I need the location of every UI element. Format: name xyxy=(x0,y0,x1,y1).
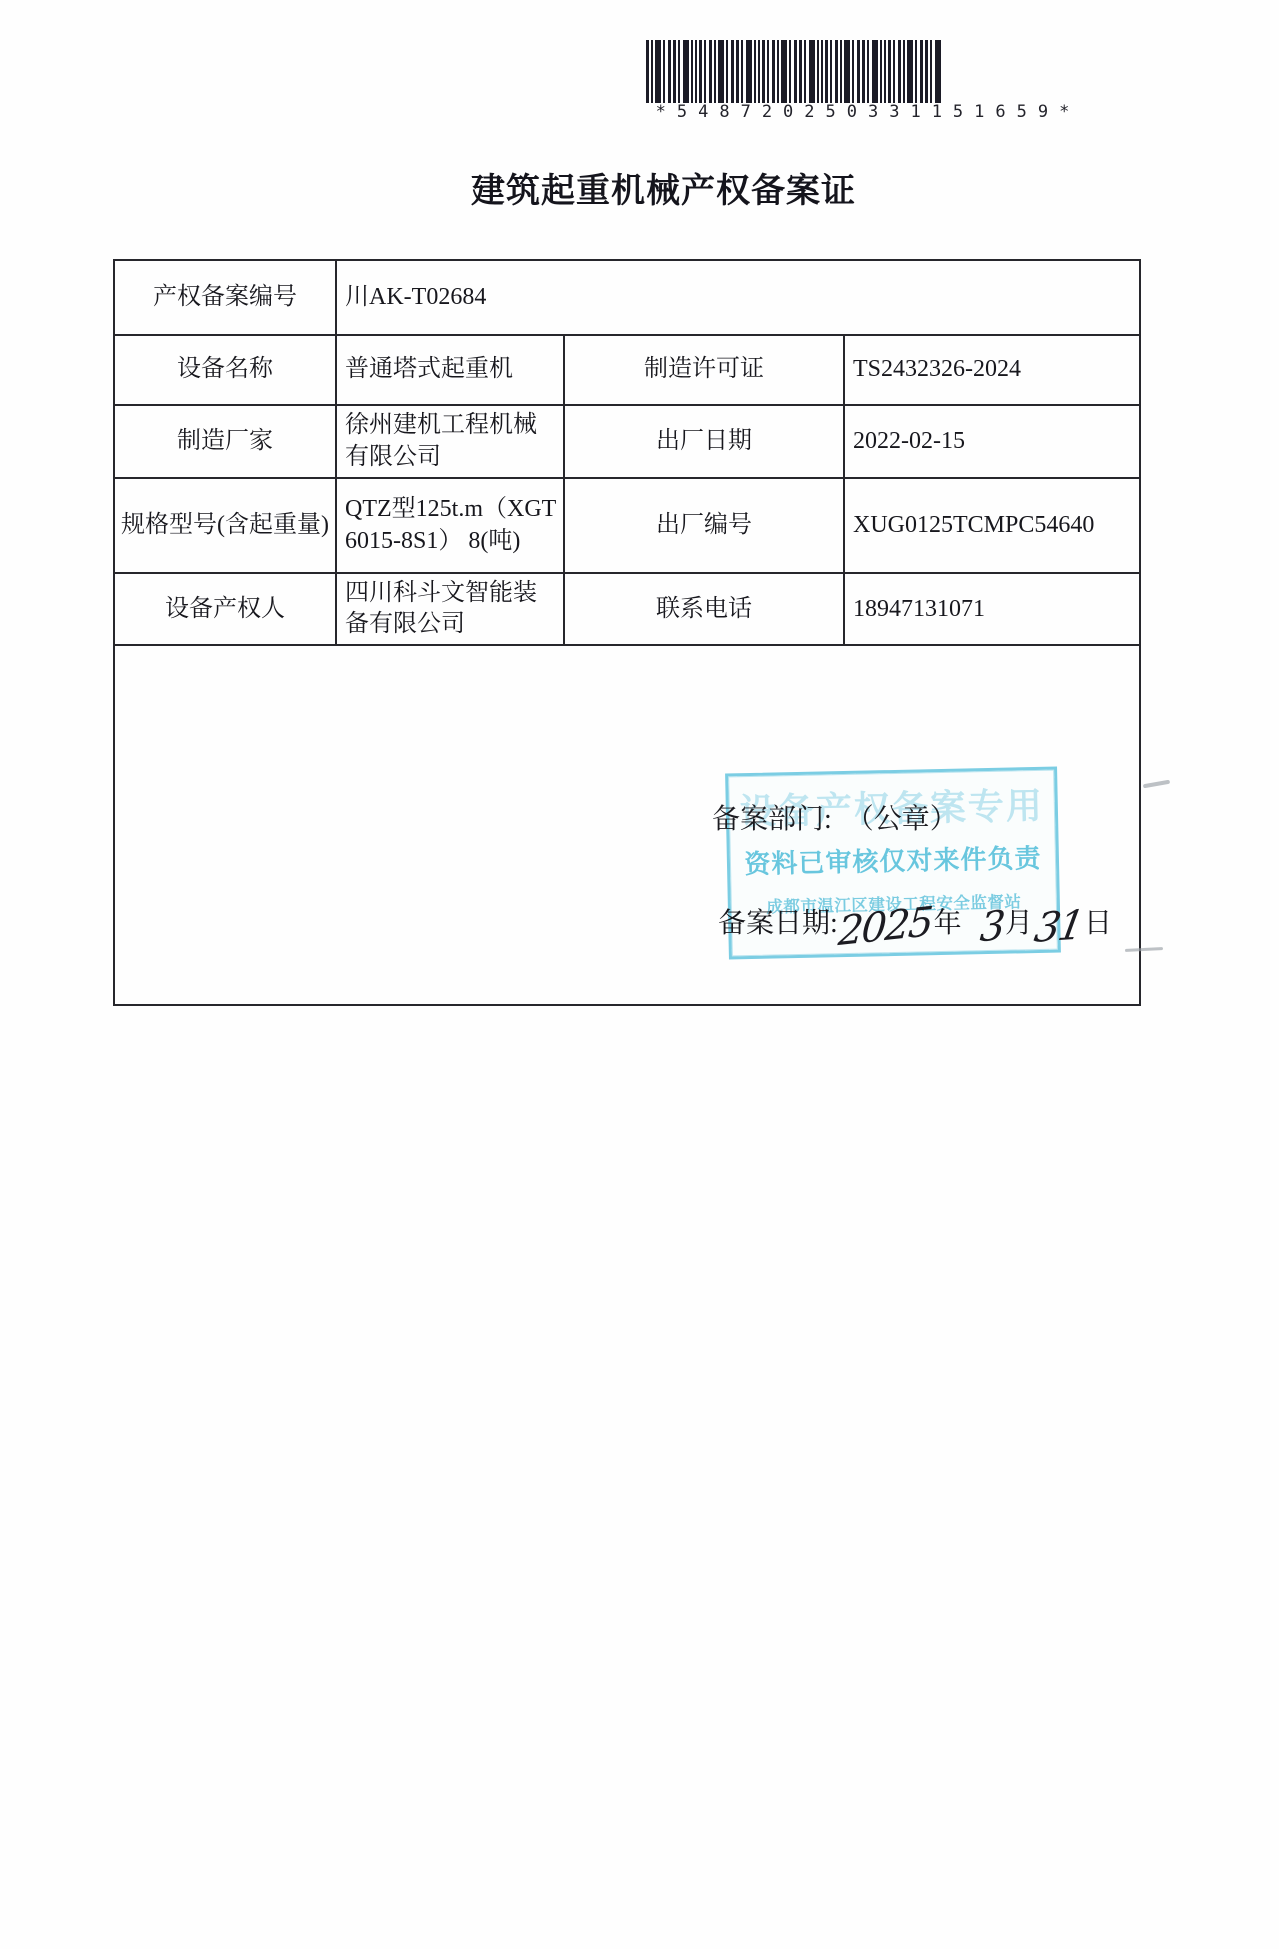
field-value: 徐州建机工程机械有限公司 xyxy=(336,405,564,478)
stamp-line-2: 资料已审核仅对来件负责 xyxy=(730,838,1057,882)
filing-date-label: 备案日期: xyxy=(718,901,838,941)
field-value: 川AK-T02684 xyxy=(336,260,1140,335)
document-title: 建筑起重机械产权备案证 xyxy=(471,172,856,211)
field-value: 18947131071 xyxy=(844,573,1140,645)
filing-department-line: 备案部门:（公章） xyxy=(712,797,958,837)
field-value: 2022-02-15 xyxy=(844,405,1140,478)
field-label: 设备产权人 xyxy=(114,573,336,645)
field-label: 制造许可证 xyxy=(564,335,844,405)
table-row: 产权备案编号 川AK-T02684 xyxy=(114,260,1140,335)
field-label: 设备名称 xyxy=(114,335,336,405)
field-label: 出厂日期 xyxy=(564,405,844,478)
table-row: 设备产权人 四川科斗文智能装备有限公司 联系电话 18947131071 xyxy=(114,573,1140,645)
year-unit: 年 xyxy=(934,901,962,941)
month-unit: 月 xyxy=(1005,901,1033,941)
barcode xyxy=(646,40,1092,103)
table-row: 制造厂家 徐州建机工程机械有限公司 出厂日期 2022-02-15 xyxy=(114,405,1140,478)
pen-mark-top xyxy=(1143,780,1170,789)
field-label: 联系电话 xyxy=(564,573,844,645)
field-label: 制造厂家 xyxy=(114,405,336,478)
field-value: XUG0125TCMPC54640 xyxy=(844,478,1140,573)
handwritten-year: 2025 xyxy=(837,904,933,950)
field-value: QTZ型125t.m（XGT6015-8S1） 8(吨) xyxy=(336,478,564,573)
barcode-number: *548720250331151659* xyxy=(642,102,1094,122)
seal-placeholder: （公章） xyxy=(846,804,958,835)
field-value: 普通塔式起重机 xyxy=(336,335,564,405)
field-label: 出厂编号 xyxy=(564,478,844,573)
table-row: 设备名称 普通塔式起重机 制造许可证 TS2432326-2024 xyxy=(114,335,1140,405)
handwritten-month: 3 xyxy=(978,908,1004,947)
day-unit: 日 xyxy=(1084,901,1112,941)
handwritten-day: 31 xyxy=(1032,907,1085,947)
certificate-page: *548720250331151659* 建筑起重机械产权备案证 产权备案编号 … xyxy=(0,0,1279,1949)
field-label: 产权备案编号 xyxy=(114,260,336,335)
field-label: 规格型号(含起重量) xyxy=(114,478,336,573)
filing-date-line: 备案日期:2025年3月31日 xyxy=(718,901,1114,941)
field-value: TS2432326-2024 xyxy=(844,335,1140,405)
pen-mark-bottom xyxy=(1125,947,1163,952)
filing-department-label: 备案部门: xyxy=(712,804,832,835)
table-row: 规格型号(含起重量) QTZ型125t.m（XGT6015-8S1） 8(吨) … xyxy=(114,478,1140,573)
field-value: 四川科斗文智能装备有限公司 xyxy=(336,573,564,645)
